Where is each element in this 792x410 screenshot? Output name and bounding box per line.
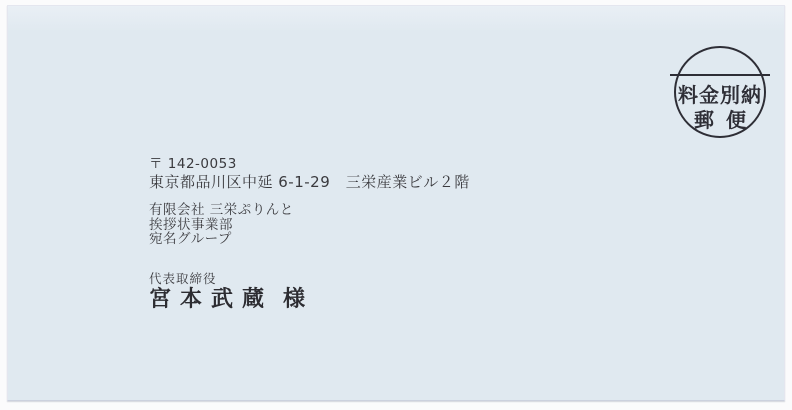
postage-paid-stamp-icon: 料金別納 郵便 (674, 46, 766, 138)
envelope: 料金別納 郵便 〒 142-0053 東京都品川区中延 6-1-29 三栄産業ビ… (7, 5, 785, 401)
company-name: 有限会社 三栄ぷりんと (149, 203, 470, 218)
recipient-title: 代表取締役 (149, 272, 470, 286)
stamp-divider-line (670, 74, 770, 76)
company-block: 有限会社 三栄ぷりんと 挨拶状事業部 宛名グループ (149, 203, 470, 247)
department-name: 挨拶状事業部 (149, 218, 470, 233)
envelope-preview: 料金別納 郵便 〒 142-0053 東京都品川区中延 6-1-29 三栄産業ビ… (0, 0, 792, 410)
postal-code: 〒 142-0053 (149, 156, 470, 173)
recipient-block: 〒 142-0053 東京都品川区中延 6-1-29 三栄産業ビル２階 有限会社… (149, 156, 470, 313)
honorific-sama: 様 (283, 287, 305, 312)
recipient-name: 宮本武蔵 (149, 287, 273, 312)
group-name: 宛名グループ (149, 232, 470, 247)
recipient-name-line: 宮本武蔵様 (149, 286, 470, 313)
address-line: 東京都品川区中延 6-1-29 三栄産業ビル２階 (149, 173, 470, 191)
stamp-text-yubin: 郵便 (676, 104, 764, 133)
